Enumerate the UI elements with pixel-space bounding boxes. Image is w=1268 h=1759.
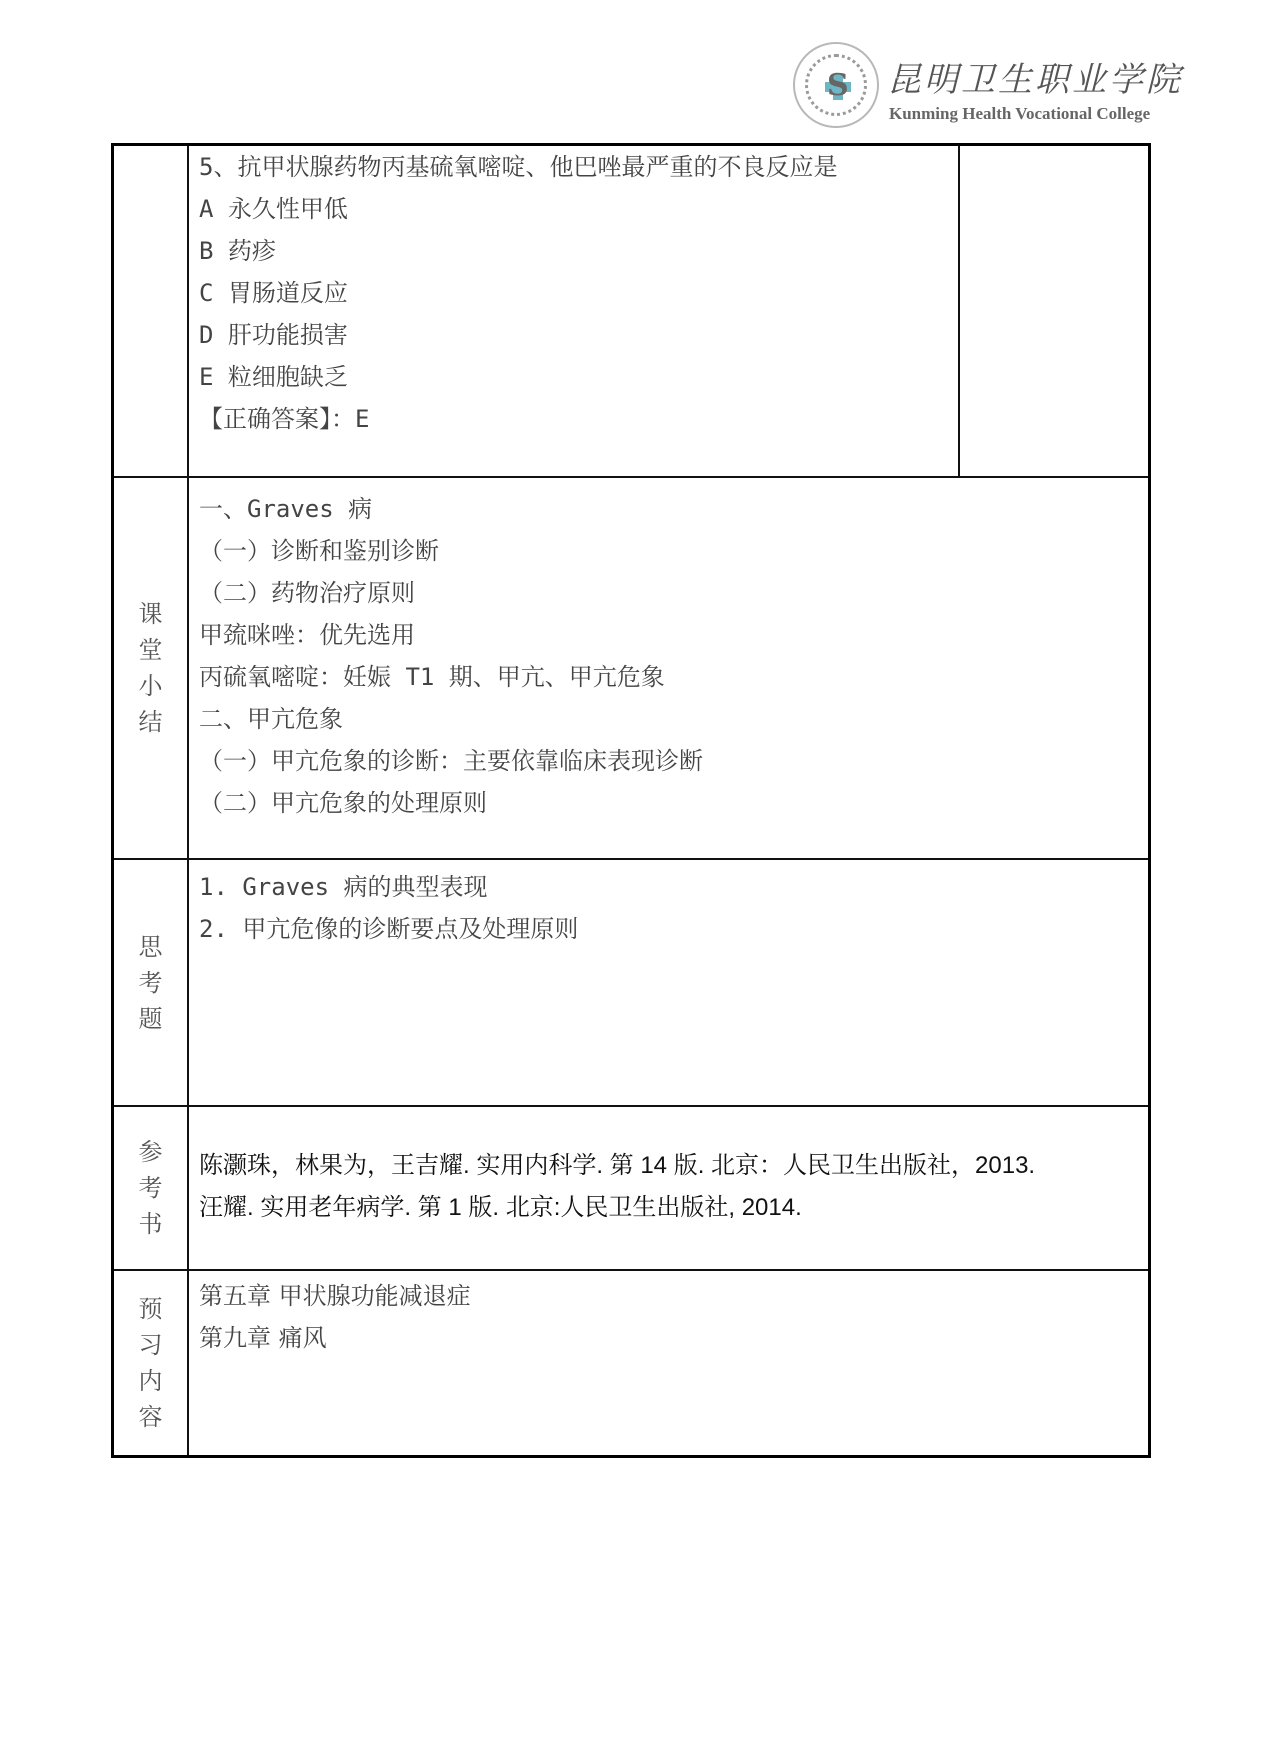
class-summary-content: 一、Graves 病 （一）诊断和鉴别诊断 （二）药物治疗原则 甲巯咪唑：优先选… [189, 478, 1148, 858]
summary-line: 二、甲亢危象 [199, 698, 1138, 740]
summary-line: （二）药物治疗原则 [199, 572, 1138, 614]
reference-line: 汪耀. 实用老年病学. 第 1 版. 北京:人民卫生出版社, 2014. [199, 1187, 1138, 1229]
thinking-questions-content: 1. Graves 病的典型表现 2. 甲亢危像的诊断要点及处理原则 [189, 860, 1148, 1105]
college-seal-icon: S [793, 42, 879, 128]
quiz-option-c: C 胃肠道反应 [199, 272, 948, 314]
quiz-content: 5、抗甲状腺药物丙基硫氧嘧啶、他巴唑最严重的不良反应是 A 永久性甲低 B 药疹… [189, 146, 958, 476]
quiz-option-d: D 肝功能损害 [199, 314, 948, 356]
question-line: 1. Graves 病的典型表现 [199, 866, 1138, 908]
label-char: 书 [139, 1206, 163, 1242]
lesson-plan-table: 5、抗甲状腺药物丙基硫氧嘧啶、他巴唑最严重的不良反应是 A 永久性甲低 B 药疹… [111, 143, 1151, 1458]
college-name-chinese: 昆明卫生职业学院 [887, 52, 1183, 101]
reference-line: 陈灏珠，林果为，王吉耀. 实用内科学. 第 14 版. 北京：人民卫生出版社，2… [199, 1145, 1138, 1187]
table-row-references: 参 考 书 陈灏珠，林果为，王吉耀. 实用内科学. 第 14 版. 北京：人民卫… [114, 1105, 1148, 1269]
table-row-preview-content: 预 习 内 容 第五章 甲状腺功能减退症 第九章 痛风 [114, 1269, 1148, 1455]
label-char: 预 [139, 1291, 163, 1327]
row-label-empty [114, 146, 189, 476]
summary-line: （二）甲亢危象的处理原则 [199, 782, 1138, 824]
label-char: 容 [139, 1399, 163, 1435]
quiz-option-a: A 永久性甲低 [199, 188, 948, 230]
preview-line: 第五章 甲状腺功能减退症 [199, 1275, 1138, 1317]
label-char: 思 [139, 929, 163, 965]
label-char: 堂 [139, 632, 163, 668]
summary-line: 甲巯咪唑：优先选用 [199, 614, 1138, 656]
summary-line: 丙硫氧嘧啶：妊娠 T1 期、甲亢、甲亢危象 [199, 656, 1138, 698]
label-char: 参 [139, 1134, 163, 1170]
label-char: 考 [139, 965, 163, 1001]
label-char: 小 [139, 668, 163, 704]
quiz-question: 5、抗甲状腺药物丙基硫氧嘧啶、他巴唑最严重的不良反应是 [199, 146, 948, 188]
row-label-preview-content: 预 习 内 容 [114, 1271, 189, 1455]
references-content: 陈灏珠，林果为，王吉耀. 实用内科学. 第 14 版. 北京：人民卫生出版社，2… [189, 1107, 1148, 1269]
question-line: 2. 甲亢危像的诊断要点及处理原则 [199, 908, 1138, 950]
label-char: 题 [139, 1001, 163, 1037]
summary-line: 一、Graves 病 [199, 488, 1138, 530]
row-label-thinking-questions: 思 考 题 [114, 860, 189, 1105]
row-label-references: 参 考 书 [114, 1107, 189, 1269]
table-row-thinking-questions: 思 考 题 1. Graves 病的典型表现 2. 甲亢危像的诊断要点及处理原则 [114, 858, 1148, 1105]
side-cell-empty [958, 146, 1148, 476]
quiz-option-b: B 药疹 [199, 230, 948, 272]
table-row-quiz: 5、抗甲状腺药物丙基硫氧嘧啶、他巴唑最严重的不良反应是 A 永久性甲低 B 药疹… [114, 146, 1148, 476]
label-char: 课 [139, 596, 163, 632]
label-char: 结 [139, 704, 163, 740]
summary-line: （一）甲亢危象的诊断：主要依靠临床表现诊断 [199, 740, 1138, 782]
label-char: 习 [139, 1327, 163, 1363]
table-row-class-summary: 课 堂 小 结 一、Graves 病 （一）诊断和鉴别诊断 （二）药物治疗原则 … [114, 476, 1148, 858]
college-name-english: Kunming Health Vocational College [889, 104, 1150, 124]
label-char: 考 [139, 1170, 163, 1206]
preview-line: 第九章 痛风 [199, 1317, 1138, 1359]
label-char: 内 [139, 1363, 163, 1399]
quiz-option-e: E 粒细胞缺乏 [199, 356, 948, 398]
quiz-answer: 【正确答案】：E [199, 398, 948, 440]
preview-content: 第五章 甲状腺功能减退症 第九章 痛风 [189, 1271, 1148, 1455]
medical-cross-icon: S [821, 70, 855, 104]
row-label-class-summary: 课 堂 小 结 [114, 478, 189, 858]
college-logo: S 昆明卫生职业学院 Kunming Health Vocational Col… [793, 42, 1183, 132]
summary-line: （一）诊断和鉴别诊断 [199, 530, 1138, 572]
